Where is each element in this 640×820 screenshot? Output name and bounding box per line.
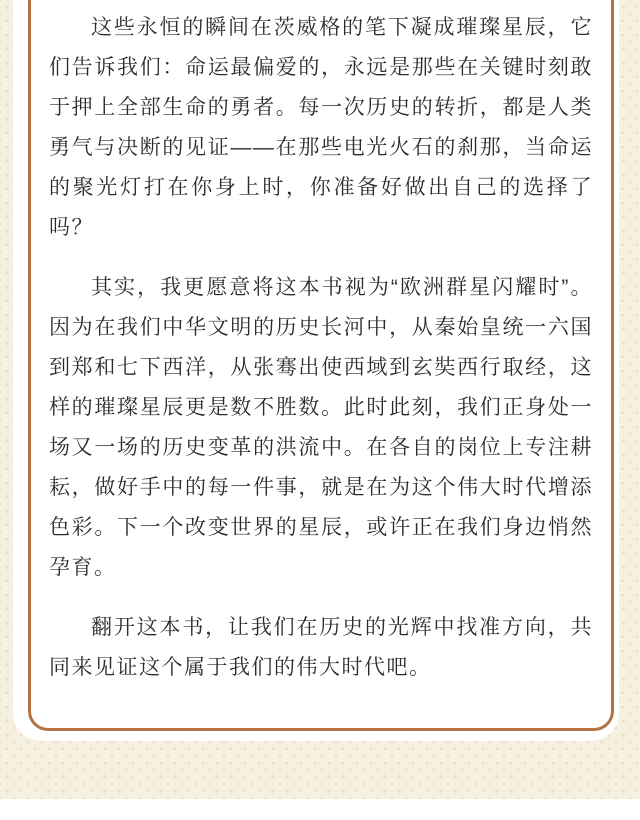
paragraph-closing: 翻开这本书，让我们在历史的光辉中找准方向，共同来见证这个属于我们的伟大时代吧。 [49, 608, 593, 688]
paragraph-conclusion-1: 这些永恒的瞬间在茨威格的笔下凝成璀璨星辰，它们告诉我们：命运最偏爱的，永远是那些… [49, 8, 593, 248]
article-page: 这些永恒的瞬间在茨威格的笔下凝成璀璨星辰，它们告诉我们：命运最偏爱的，永远是那些… [0, 0, 640, 820]
article-body: 这些永恒的瞬间在茨威格的笔下凝成璀璨星辰，它们告诉我们：命运最偏爱的，永远是那些… [49, 8, 593, 688]
paragraph-conclusion-2: 其实，我更愿意将这本书视为“欧洲群星闪耀时”。因为在我们中华文明的历史长河中，从… [49, 268, 593, 588]
card-border-frame: 这些永恒的瞬间在茨威格的笔下凝成璀璨星辰，它们告诉我们：命运最偏爱的，永远是那些… [28, 0, 614, 731]
article-card: 这些永恒的瞬间在茨威格的笔下凝成璀璨星辰，它们告诉我们：命运最偏爱的，永远是那些… [13, 0, 619, 741]
